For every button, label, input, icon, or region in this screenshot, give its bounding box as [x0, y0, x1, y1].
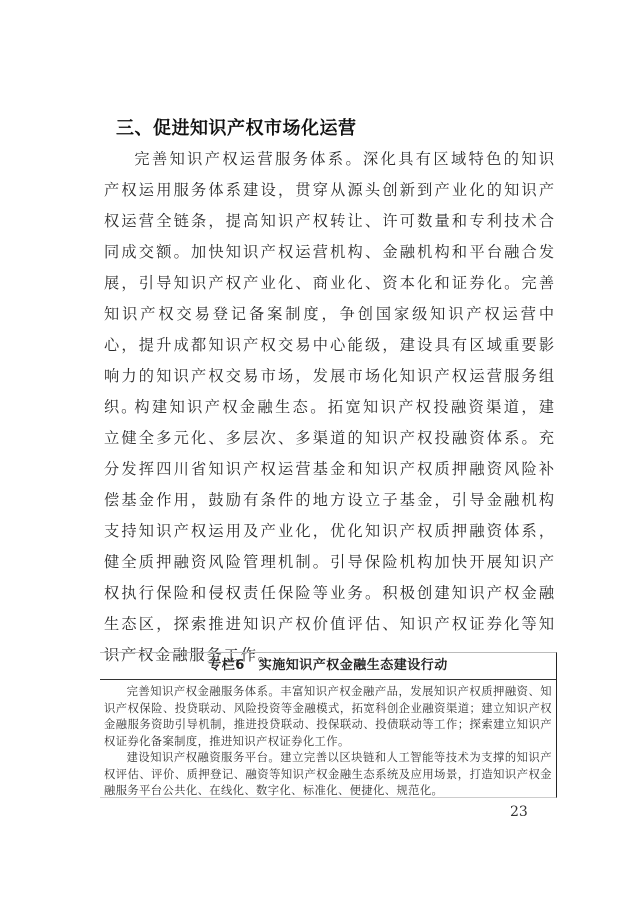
- section-heading: 三、促进知识产权市场化运营: [116, 114, 357, 140]
- feature-box-body: 完善知识产权金融服务体系。丰富知识产权金融产品，发展知识产权质押融资、知识产权保…: [100, 680, 556, 800]
- feature-box: 专栏6实施知识产权金融生态建设行动 完善知识产权金融服务体系。丰富知识产权金融产…: [100, 652, 557, 798]
- feature-box-paragraph: 完善知识产权金融服务体系。丰富知识产权金融产品，发展知识产权质押融资、知识产权保…: [104, 684, 552, 750]
- paragraph-ip-finance-ecosystem: 构建知识产权金融生态。拓宽知识产权投融资渠道，建立健全多元化、多层次、多渠道的知…: [104, 392, 556, 671]
- feature-box-title: 专栏6实施知识产权金融生态建设行动: [100, 653, 556, 680]
- document-page: 三、促进知识产权市场化运营 完善知识产权运营服务体系。深化具有区域特色的知识产权…: [0, 0, 636, 900]
- feature-box-heading: 实施知识产权金融生态建设行动: [259, 658, 448, 673]
- page-number: 23: [510, 804, 528, 820]
- feature-box-paragraph: 建设知识产权融资服务平台。建立完善以区块链和人工智能等技术为支撑的知识产权评估、…: [104, 750, 552, 800]
- feature-box-label: 专栏6: [208, 658, 245, 673]
- paragraph-ip-operation-services: 完善知识产权运营服务体系。深化具有区域特色的知识产权运用服务体系建设，贯穿从源头…: [104, 144, 556, 423]
